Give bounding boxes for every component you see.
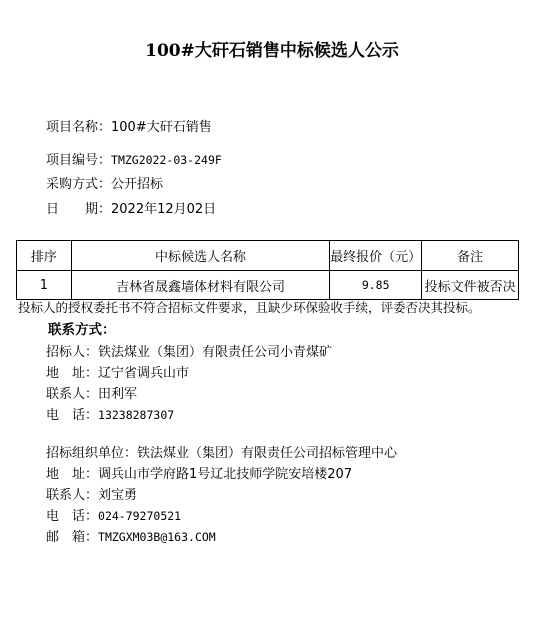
project-name-value: 100#大矸石销售 — [111, 119, 212, 137]
agency-email-row: 邮 箱：TMZGXM03B@163.COM — [46, 528, 216, 547]
procurement-method-value: 公开招标 — [111, 176, 163, 194]
date-row: 日 期：2022年12月02日 — [46, 201, 216, 219]
tenderer-address-value: 辽宁省调兵山市 — [98, 365, 189, 383]
contact-heading: 联系方式： — [48, 321, 116, 339]
date-label: 日 期： — [46, 201, 111, 219]
header-rank: 排序 — [17, 241, 72, 271]
tenderer-contact-value: 田利军 — [98, 386, 137, 404]
tenderer-phone-row: 电 话：13238287307 — [46, 406, 174, 425]
agency-email-value: TMZGXM03B@163.COM — [98, 528, 216, 546]
agency-contact-label: 联系人： — [46, 487, 98, 505]
header-final-price: 最终报价（元） — [330, 241, 422, 271]
tenderer-address-label: 地 址： — [46, 365, 98, 383]
agency-email-label: 邮 箱： — [46, 529, 98, 547]
tenderer-phone-value: 13238287307 — [98, 406, 174, 424]
tenderer-contact-row: 联系人：田利军 — [46, 386, 137, 404]
rejection-note: 投标人的授权委托书不符合招标文件要求，且缺少环保验收手续，评委否决其投标。 — [18, 300, 481, 316]
cell-remark: 投标文件被否决 — [422, 271, 519, 300]
candidates-table: 排序 中标候选人名称 最终报价（元） 备注 1 吉林省晟鑫墙体材料有限公司 9.… — [16, 240, 519, 300]
cell-candidate-name: 吉林省晟鑫墙体材料有限公司 — [71, 271, 329, 300]
project-code-label: 项目编号： — [46, 152, 111, 170]
tenderer-phone-label: 电 话： — [46, 407, 98, 425]
cell-final-price: 9.85 — [330, 271, 422, 300]
agency-org-label: 招标组织单位： — [46, 445, 137, 463]
procurement-method-row: 采购方式：公开招标 — [46, 176, 163, 194]
agency-phone-value: 024-79270521 — [98, 507, 181, 525]
tenderer-org-value: 铁法煤业（集团）有限责任公司小青煤矿 — [98, 344, 332, 362]
tenderer-org-label: 招标人： — [46, 344, 98, 362]
header-remark: 备注 — [422, 241, 519, 271]
agency-contact-row: 联系人：刘宝勇 — [46, 487, 137, 505]
project-code-row: 项目编号：TMZG2022-03-249F — [46, 151, 222, 170]
tenderer-org-row: 招标人：铁法煤业（集团）有限责任公司小青煤矿 — [46, 344, 332, 362]
agency-contact-value: 刘宝勇 — [98, 487, 137, 505]
project-name-label: 项目名称： — [46, 119, 111, 137]
project-code-value: TMZG2022-03-249F — [111, 151, 222, 169]
page-title: 100#大矸石销售中标候选人公示 — [0, 40, 544, 62]
agency-phone-row: 电 话：024-79270521 — [46, 507, 181, 526]
procurement-method-label: 采购方式： — [46, 176, 111, 194]
agency-address-label: 地 址： — [46, 466, 98, 484]
agency-org-value: 铁法煤业（集团）有限责任公司招标管理中心 — [137, 445, 397, 463]
agency-phone-label: 电 话： — [46, 508, 98, 526]
agency-address-row: 地 址：调兵山市学府路1号辽北技师学院安培楼207 — [46, 466, 352, 484]
agency-address-value: 调兵山市学府路1号辽北技师学院安培楼207 — [98, 466, 352, 484]
header-candidate-name: 中标候选人名称 — [71, 241, 329, 271]
project-name-row: 项目名称：100#大矸石销售 — [46, 119, 212, 137]
tenderer-address-row: 地 址：辽宁省调兵山市 — [46, 365, 189, 383]
cell-rank: 1 — [17, 271, 72, 300]
date-value: 2022年12月02日 — [111, 201, 216, 219]
table-row: 1 吉林省晟鑫墙体材料有限公司 9.85 投标文件被否决 — [17, 271, 519, 300]
tenderer-contact-label: 联系人： — [46, 386, 98, 404]
agency-org-row: 招标组织单位：铁法煤业（集团）有限责任公司招标管理中心 — [46, 445, 397, 463]
table-header-row: 排序 中标候选人名称 最终报价（元） 备注 — [17, 241, 519, 271]
